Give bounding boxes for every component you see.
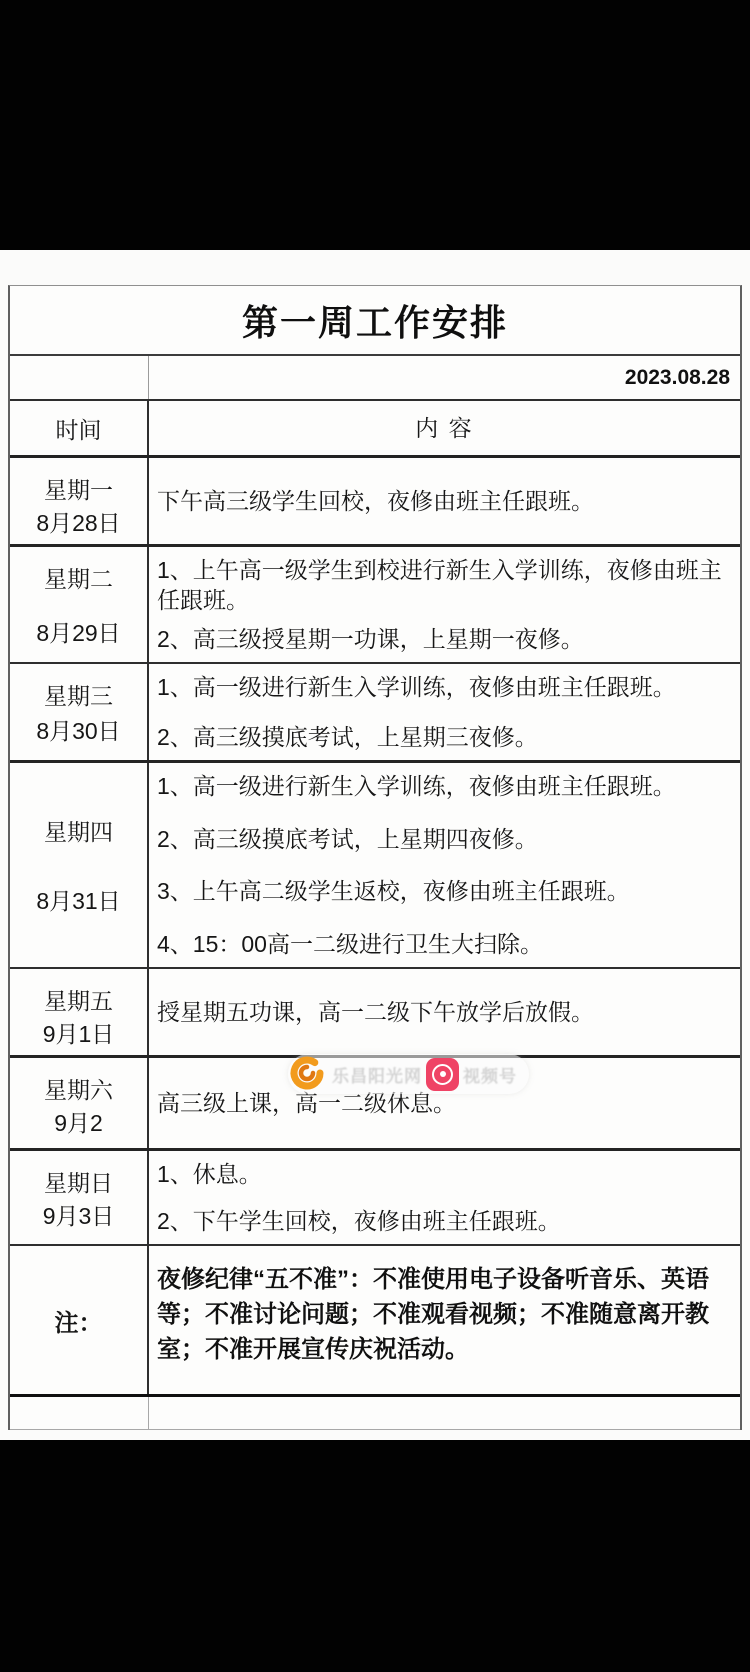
table-row: 星期日 9月3日 1、休息。 2、下午学生回校，夜修由班主任跟班。	[10, 1151, 740, 1246]
table-row: 星期五 9月1日 授星期五功课，高一二级下午放学后放假。	[10, 969, 740, 1058]
note-row: 注： 夜修纪律“五不准”：不准使用电子设备听音乐、英语等；不准讨论问题；不准观看…	[10, 1246, 740, 1397]
weekday-label: 星期二	[44, 561, 113, 594]
table-title-row: 第一周工作安排	[10, 286, 740, 356]
schedule-table: 第一周工作安排 2023.08.28 时间 内 容 星期一 8月28日 下午高三…	[8, 285, 742, 1430]
schedule-item: 1、高一级进行新生入学训练，夜修由班主任跟班。	[157, 672, 730, 702]
screenshot: 第一周工作安排 2023.08.28 时间 内 容 星期一 8月28日 下午高三…	[0, 0, 750, 1672]
date-label: 8月30日	[36, 713, 120, 746]
note-label-cell: 注：	[10, 1246, 149, 1394]
date-label: 9月2	[54, 1105, 103, 1138]
day-cell: 星期二 8月29日	[10, 547, 149, 662]
weekday-label: 星期日	[44, 1165, 113, 1198]
orange-swirl-logo-icon	[286, 1052, 328, 1094]
schedule-item: 3、上午高二级学生返校，夜修由班主任跟班。	[157, 876, 730, 906]
day-cell: 星期五 9月1日	[10, 969, 149, 1055]
column-header-content: 内 容	[149, 401, 740, 455]
concentric-ring-icon	[432, 1064, 453, 1085]
day-cell: 星期一 8月28日	[10, 458, 149, 544]
watermark-pill: 乐昌阳光网 视频号	[288, 1054, 529, 1094]
empty-row	[10, 1397, 740, 1430]
note-content-cell: 夜修纪律“五不准”：不准使用电子设备听音乐、英语等；不准讨论问题；不准观看视频；…	[149, 1246, 740, 1394]
content-cell: 1、高一级进行新生入学训练，夜修由班主任跟班。 2、高三级摸底考试，上星期三夜修…	[149, 664, 740, 760]
content-cell: 授星期五功课，高一二级下午放学后放假。	[149, 969, 740, 1055]
date-row: 2023.08.28	[10, 356, 740, 401]
table-row: 星期二 8月29日 1、上午高一级学生到校进行新生入学训练，夜修由班主任跟班。 …	[10, 547, 740, 664]
watermark-site-text: 乐昌阳光网	[332, 1062, 422, 1087]
day-cell: 星期六 9月2	[10, 1058, 149, 1148]
empty-cell	[149, 1397, 740, 1429]
schedule-item: 授星期五功课，高一二级下午放学后放假。	[157, 997, 730, 1027]
schedule-item: 下午高三级学生回校，夜修由班主任跟班。	[157, 486, 730, 516]
day-cell: 星期三 8月30日	[10, 664, 149, 760]
header-row: 时间 内 容	[10, 401, 740, 458]
weekday-label: 星期五	[44, 983, 113, 1016]
page-title: 第一周工作安排	[10, 286, 740, 354]
date-label: 9月1日	[43, 1016, 115, 1049]
schedule-item: 2、下午学生回校，夜修由班主任跟班。	[157, 1206, 730, 1236]
table-row: 星期四 8月31日 1、高一级进行新生入学训练，夜修由班主任跟班。 2、高三级摸…	[10, 763, 740, 969]
content-cell: 1、上午高一级学生到校进行新生入学训练，夜修由班主任跟班。 2、高三级授星期一功…	[149, 547, 740, 662]
channels-badge-icon	[426, 1058, 459, 1091]
weekday-label: 星期四	[44, 814, 113, 847]
content-cell: 下午高三级学生回校，夜修由班主任跟班。	[149, 458, 740, 544]
date-row-cell: 2023.08.28	[149, 356, 740, 399]
document-page: 第一周工作安排 2023.08.28 时间 内 容 星期一 8月28日 下午高三…	[0, 250, 750, 1440]
table-row: 星期一 8月28日 下午高三级学生回校，夜修由班主任跟班。	[10, 458, 740, 547]
content-cell: 1、休息。 2、下午学生回校，夜修由班主任跟班。	[149, 1151, 740, 1244]
schedule-item: 1、上午高一级学生到校进行新生入学训练，夜修由班主任跟班。	[157, 555, 730, 615]
day-cell: 星期四 8月31日	[10, 763, 149, 967]
empty-cell	[10, 1397, 149, 1429]
weekday-label: 星期六	[44, 1072, 113, 1105]
weekday-label: 星期一	[44, 472, 113, 505]
column-header-time: 时间	[10, 401, 149, 455]
note-text: 夜修纪律“五不准”：不准使用电子设备听音乐、英语等；不准讨论问题；不准观看视频；…	[157, 1262, 732, 1367]
watermark-channel-text: 视频号	[463, 1062, 517, 1087]
date-label: 8月28日	[36, 505, 120, 538]
table-row: 星期三 8月30日 1、高一级进行新生入学训练，夜修由班主任跟班。 2、高三级摸…	[10, 664, 740, 763]
schedule-item: 1、高一级进行新生入学训练，夜修由班主任跟班。	[157, 771, 730, 801]
day-cell: 星期日 9月3日	[10, 1151, 149, 1244]
schedule-item: 2、高三级授星期一功课，上星期一夜修。	[157, 624, 730, 654]
schedule-item: 4、15：00高一二级进行卫生大扫除。	[157, 929, 730, 959]
weekday-label: 星期三	[44, 678, 113, 711]
date-row-empty-cell	[10, 356, 149, 399]
schedule-item: 2、高三级摸底考试，上星期三夜修。	[157, 722, 730, 752]
schedule-item: 1、休息。	[157, 1159, 730, 1189]
date-stamp: 2023.08.28	[625, 363, 730, 393]
date-label: 9月3日	[43, 1198, 115, 1231]
content-cell: 1、高一级进行新生入学训练，夜修由班主任跟班。 2、高三级摸底考试，上星期四夜修…	[149, 763, 740, 967]
schedule-item: 2、高三级摸底考试，上星期四夜修。	[157, 824, 730, 854]
date-label: 8月29日	[36, 615, 120, 648]
date-label: 8月31日	[36, 883, 120, 916]
